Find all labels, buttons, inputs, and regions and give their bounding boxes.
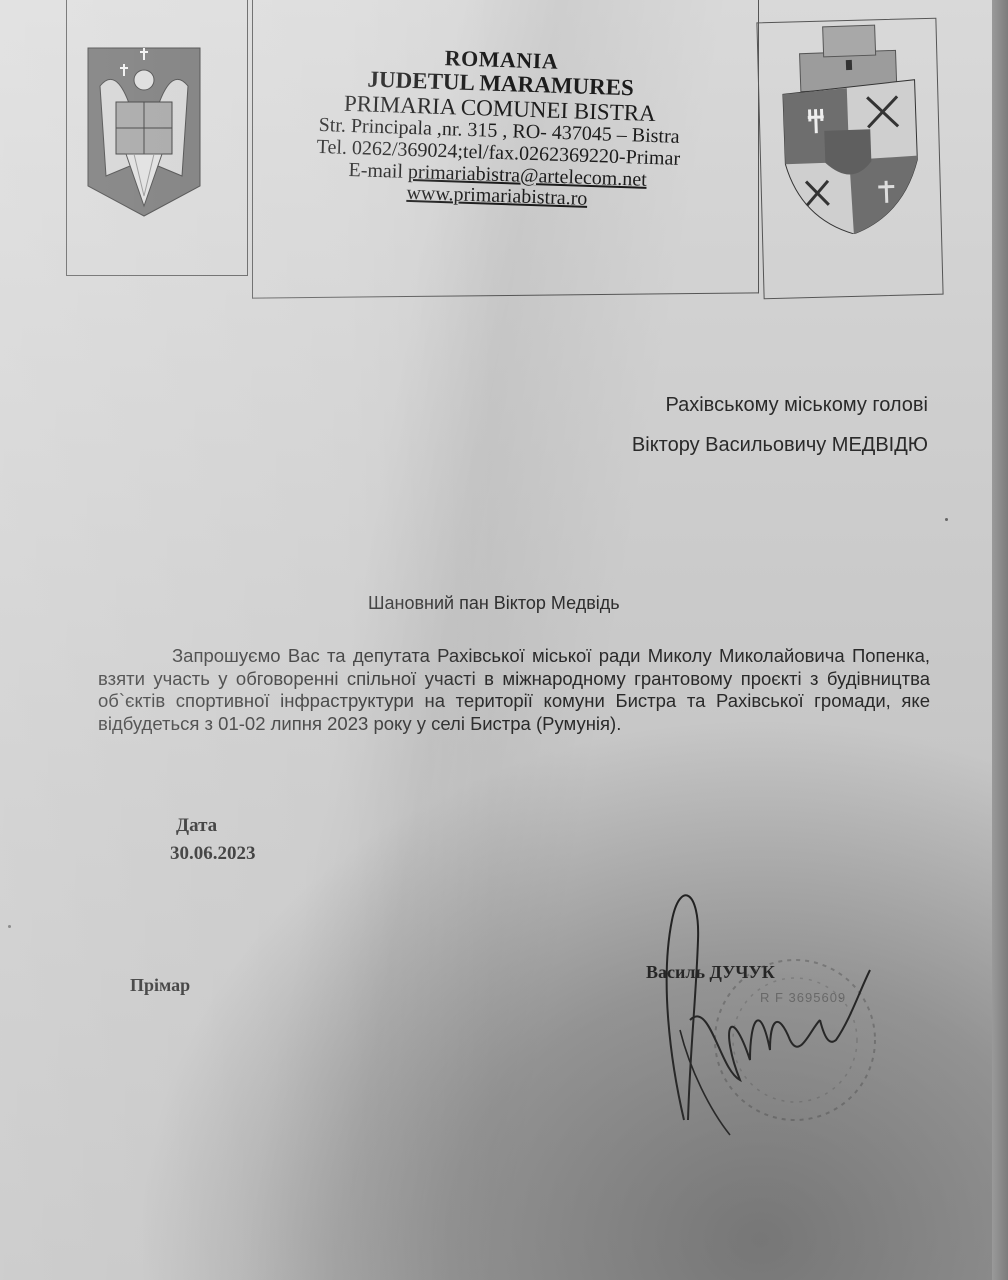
- addressee-name: Віктору Васильовичу МЕДВІДЮ: [632, 425, 928, 465]
- paper-speck: [945, 518, 948, 521]
- signer-name: Василь ДУЧУК: [646, 962, 775, 983]
- signer-role: Прімар: [130, 975, 190, 996]
- date-value: 30.06.2023: [170, 843, 256, 865]
- stamp-text: R F 3695609: [760, 990, 846, 1005]
- email-label: E-mail: [348, 159, 403, 183]
- salutation: Шановний пан Віктор Медвідь: [368, 593, 620, 614]
- romania-coat-of-arms-icon: [86, 46, 202, 218]
- date-label: Дата: [176, 815, 217, 837]
- letter-body: Запрошуємо Вас та депутата Рахівської мі…: [98, 645, 930, 735]
- letterhead: ROMANIA JUDETUL MARAMURES PRIMARIA COMUN…: [257, 40, 742, 216]
- bistra-coat-of-arms-icon: [776, 10, 924, 237]
- paper-speck: [8, 925, 11, 928]
- page-edge: [992, 0, 1008, 1280]
- addressee-title: Рахівському міському голові: [632, 385, 928, 425]
- addressee-block: Рахівському міському голові Віктору Васи…: [632, 385, 928, 465]
